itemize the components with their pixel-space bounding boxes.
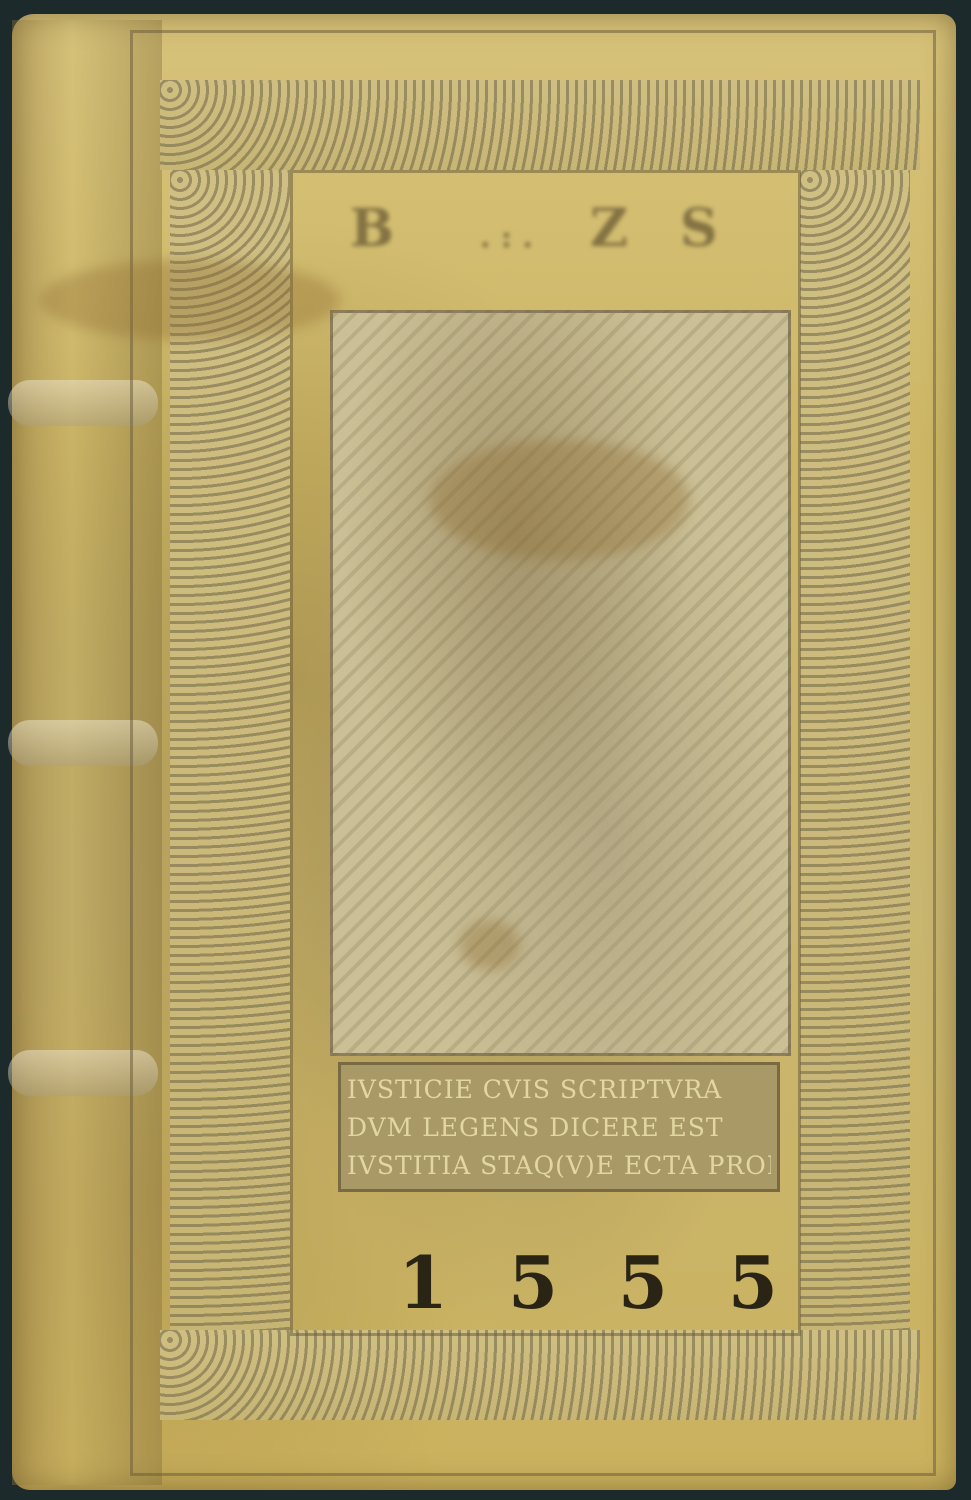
year-digit: 5 (508, 1240, 558, 1330)
year-digit: 1 (398, 1240, 448, 1330)
ink-letter: B (350, 198, 394, 259)
ink-marks: . : . (480, 220, 533, 255)
year-digit: 5 (618, 1240, 668, 1330)
central-figurative-panel (330, 310, 791, 1056)
left-roll-border (170, 170, 290, 1330)
top-roll-border (160, 80, 920, 170)
inscription-line-1: IVSTICIE CVIS SCRIPTVRA (347, 1071, 771, 1109)
right-roll-border (800, 170, 910, 1330)
bottom-roll-border (160, 1330, 920, 1420)
year-digit: 5 (728, 1240, 778, 1330)
handwritten-year: 1 5 5 5 (398, 1240, 778, 1330)
ink-letter: Z (590, 198, 628, 259)
panel-inscription: IVSTICIE CVIS SCRIPTVRA DVM LEGENS DICER… (338, 1062, 780, 1192)
inscription-line-3: IVSTITIA STAQ(V)E ECTA PROB (347, 1147, 771, 1185)
stain (40, 260, 340, 340)
top-ink-label: B . : . Z S (340, 180, 780, 270)
stain (460, 920, 520, 970)
stain (430, 440, 690, 560)
ink-letter: S (680, 198, 718, 259)
inscription-line-2: DVM LEGENS DICERE EST (347, 1109, 771, 1147)
